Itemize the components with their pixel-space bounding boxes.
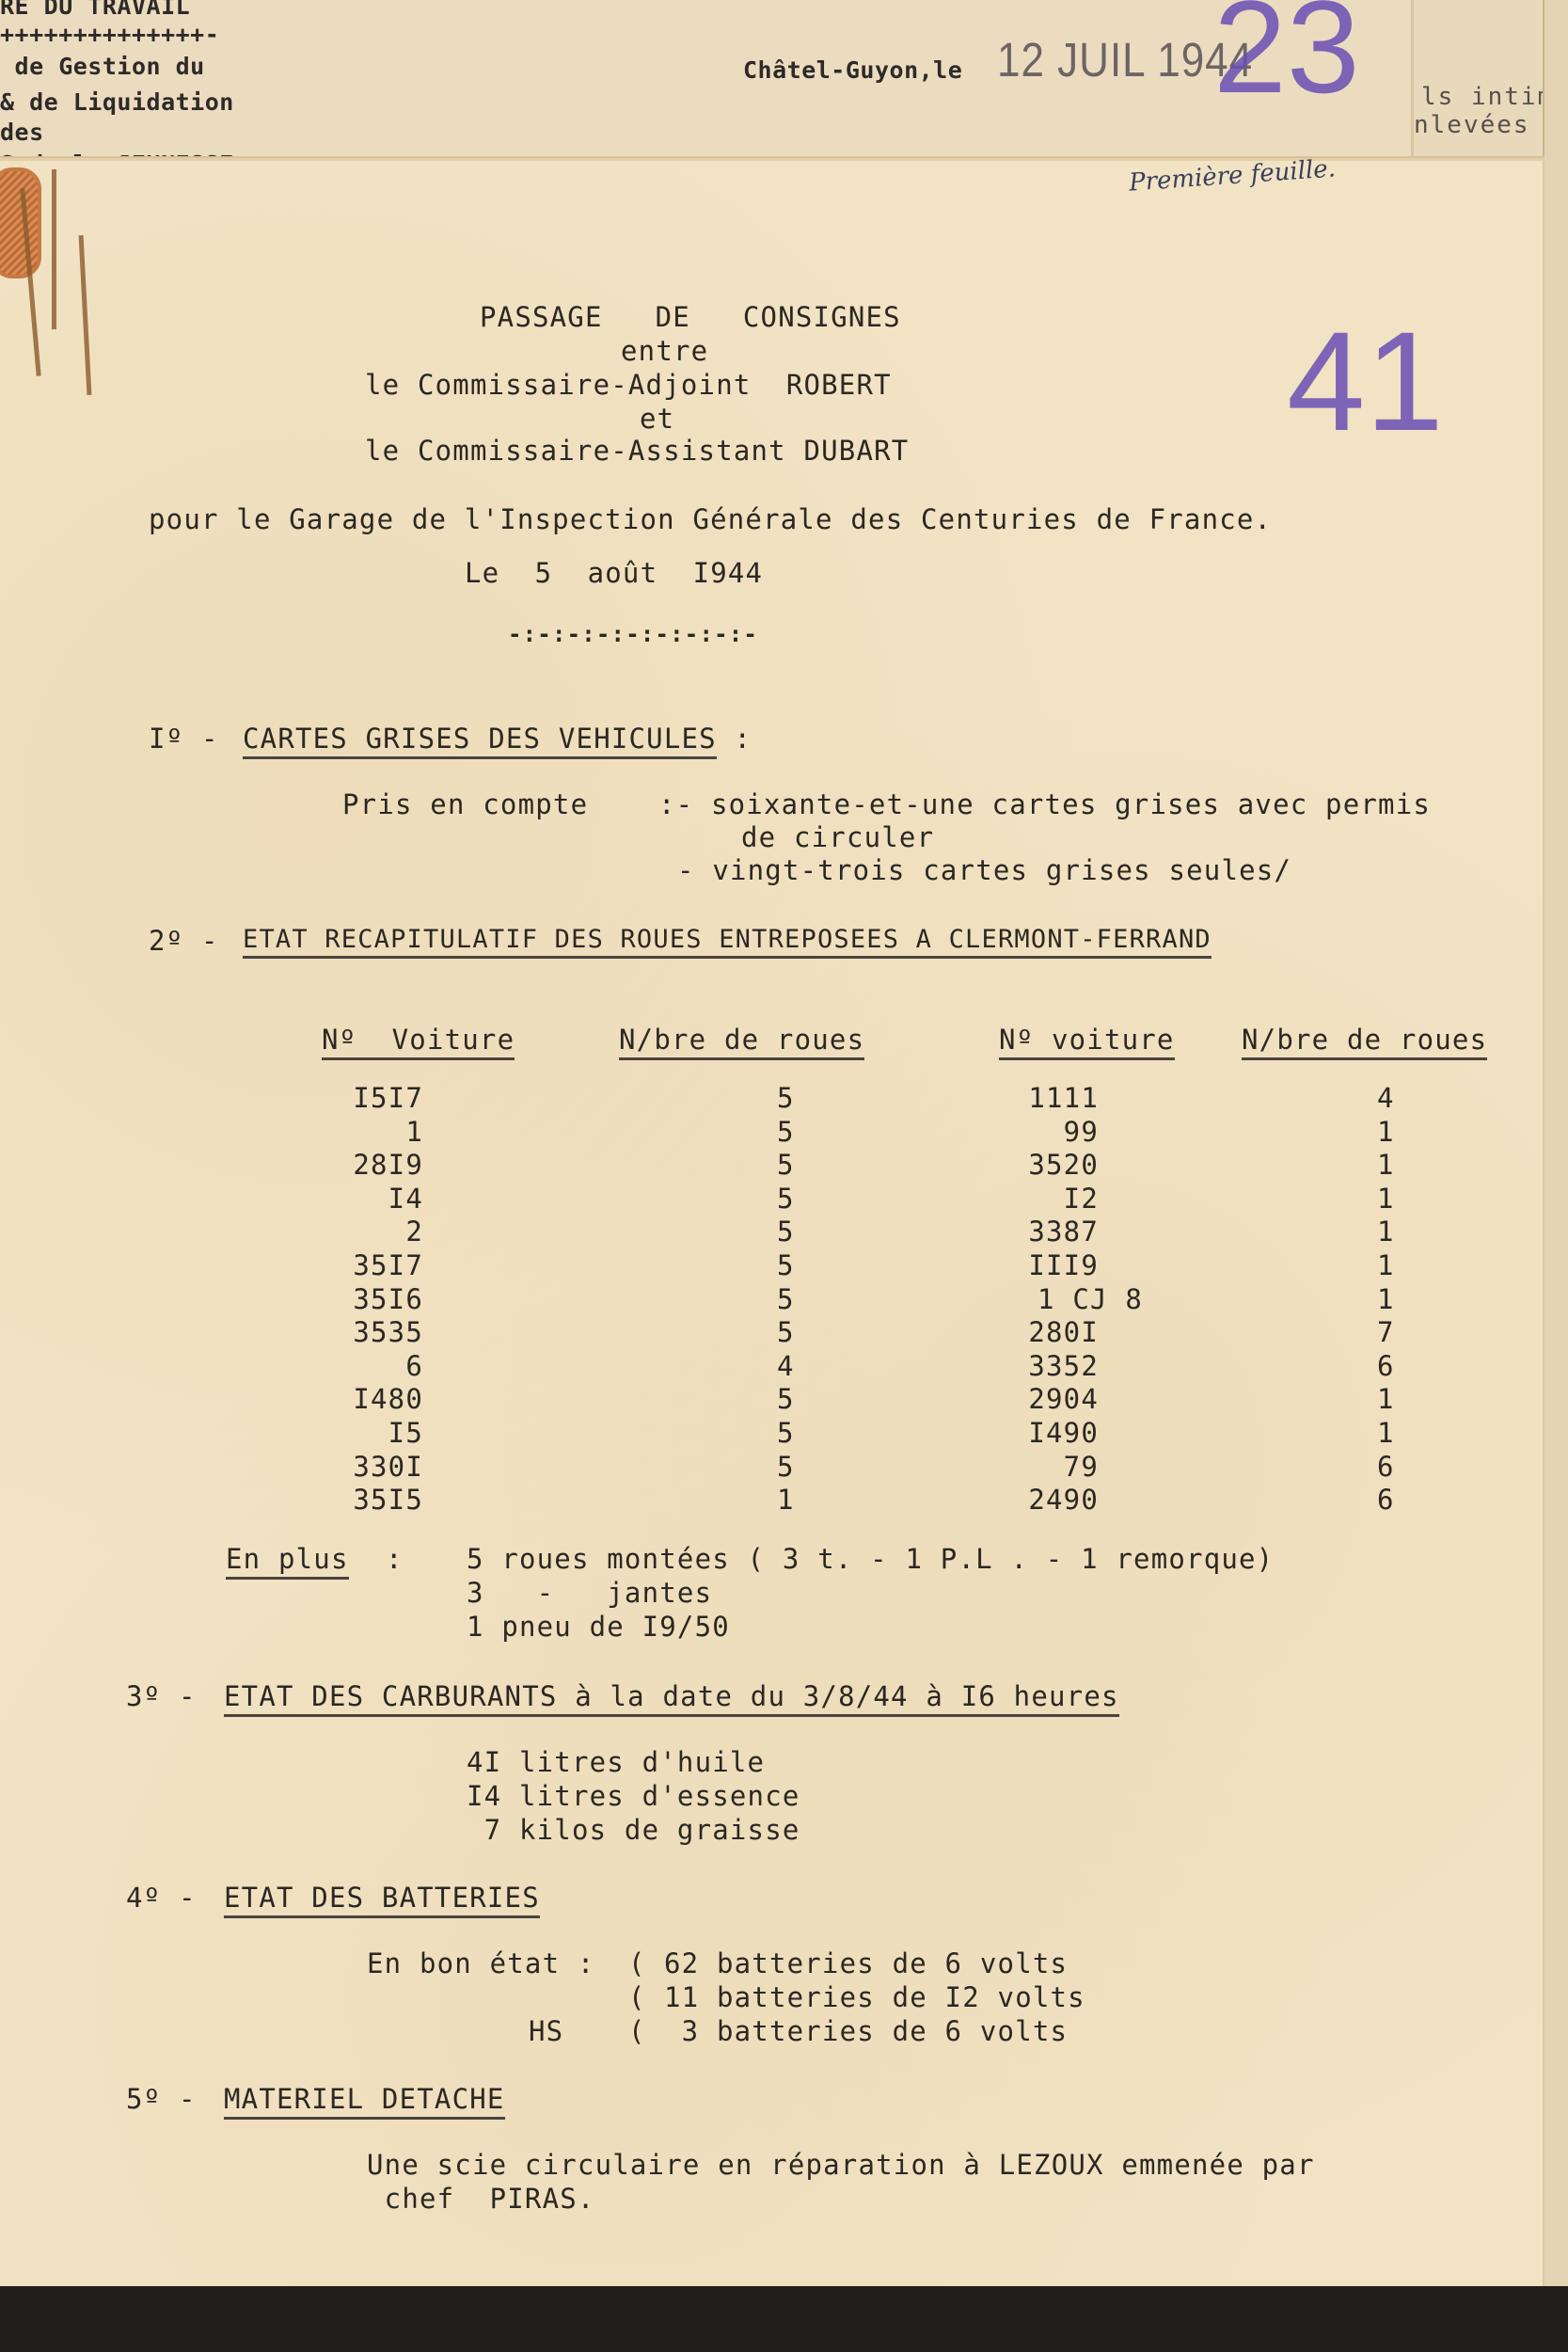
battery-line: 62 batteries de 6 volts bbox=[664, 1947, 1068, 1979]
section-4-heading-text: ETAT DES BATTERIES bbox=[224, 1882, 540, 1918]
voiture-number: 3520 bbox=[911, 1149, 1099, 1181]
section-2-heading-text: ETAT RECAPITULATIF DES ROUES ENTREPOSEES… bbox=[243, 925, 1212, 959]
wheel-count: 5 bbox=[777, 1383, 795, 1415]
section-3-number: 3º - bbox=[126, 1680, 197, 1712]
section-1-item: :- soixante-et-une cartes grises avec pe… bbox=[658, 788, 1431, 820]
wheel-count: 5 bbox=[777, 1116, 795, 1148]
extras-label: En plus bbox=[226, 1543, 349, 1575]
battery-bracket: ( bbox=[628, 2015, 646, 2047]
voiture-number: 99 bbox=[911, 1116, 1099, 1148]
battery-label-hs: HS bbox=[529, 2015, 563, 2047]
extras-label-text: En plus bbox=[226, 1543, 349, 1580]
extras-item: 5 roues montées ( 3 t. - 1 P.L . - 1 rem… bbox=[467, 1543, 1274, 1575]
wheel-count: 5 bbox=[777, 1316, 795, 1348]
voiture-number: 35I7 bbox=[235, 1249, 423, 1281]
material-item: chef PIRAS. bbox=[367, 2183, 595, 2215]
place-date-label: Châtel-Guyon,le bbox=[743, 56, 962, 84]
title-entre: entre bbox=[621, 335, 708, 367]
wheel-count: 1 bbox=[1377, 1183, 1395, 1215]
wheel-count: 1 bbox=[1377, 1283, 1395, 1315]
back-letter-header-line: RE DU TRAVAIL bbox=[0, 0, 190, 20]
voiture-number: I4 bbox=[235, 1183, 423, 1215]
section-3-heading-text: ETAT DES CARBURANTS à la date du 3/8/44 … bbox=[224, 1680, 1119, 1717]
wheel-count: 7 bbox=[1377, 1316, 1395, 1348]
voiture-number: 3387 bbox=[911, 1216, 1099, 1248]
battery-label: En bon état : bbox=[367, 1947, 595, 1979]
voiture-number: 3535 bbox=[235, 1316, 423, 1348]
folio-stamp-41: 41 bbox=[1287, 310, 1444, 452]
section-1-item: de circuler bbox=[741, 821, 934, 853]
section-5-heading: MATERIEL DETACHE bbox=[224, 2083, 505, 2115]
title-et: et bbox=[640, 403, 674, 435]
wheel-count: 1 bbox=[1377, 1216, 1395, 1248]
title-party-2: le Commissaire-Assistant DUBART bbox=[365, 435, 909, 467]
wheel-count: 4 bbox=[1377, 1082, 1395, 1114]
voiture-number: 1111 bbox=[911, 1082, 1099, 1114]
voiture-number: 1 bbox=[235, 1116, 423, 1148]
voiture-number: III9 bbox=[911, 1249, 1099, 1281]
voiture-number: I490 bbox=[911, 1417, 1099, 1449]
voiture-number: 28I9 bbox=[235, 1149, 423, 1181]
section-2-heading: ETAT RECAPITULATIF DES ROUES ENTREPOSEES… bbox=[243, 925, 1212, 954]
section-4-heading: ETAT DES BATTERIES bbox=[224, 1882, 540, 1914]
wheel-count: 5 bbox=[777, 1082, 795, 1114]
back-letter-header-line: des bbox=[0, 119, 44, 146]
stacked-page-edge bbox=[1543, 0, 1568, 2296]
voiture-number: 35I5 bbox=[235, 1484, 423, 1516]
voiture-number: 79 bbox=[911, 1451, 1099, 1483]
table-header-voiture-right: Nº voiture bbox=[999, 1024, 1175, 1056]
table-header-text: Nº Voiture bbox=[322, 1024, 515, 1060]
rust-stain bbox=[52, 169, 56, 329]
back-letter-header-line: & de Liquidation bbox=[0, 88, 234, 116]
fuel-item: 4I litres d'huile bbox=[467, 1746, 765, 1778]
wheel-count: 5 bbox=[777, 1216, 795, 1248]
fuel-item: I4 litres d'essence bbox=[467, 1780, 800, 1812]
wheel-count: 1 bbox=[1377, 1249, 1395, 1281]
voiture-number: 2904 bbox=[911, 1383, 1099, 1415]
title-purpose: pour le Garage de l'Inspection Générale … bbox=[149, 503, 1272, 535]
document-date: Le 5 août I944 bbox=[465, 557, 763, 589]
voiture-number: I5 bbox=[235, 1417, 423, 1449]
back-letter-header-line: de Gestion du bbox=[0, 53, 205, 80]
section-4-number: 4º - bbox=[126, 1882, 197, 1914]
wheel-count: 1 bbox=[777, 1484, 795, 1516]
wheel-count: 5 bbox=[777, 1417, 795, 1449]
wheel-count: 5 bbox=[777, 1149, 795, 1181]
battery-line: 11 batteries de I2 volts bbox=[664, 1981, 1085, 2013]
section-2-number: 2º - bbox=[149, 925, 219, 957]
bleed-text-line: ls intim bbox=[1421, 83, 1554, 111]
wheel-count: 4 bbox=[777, 1350, 795, 1382]
voiture-number: I2 bbox=[911, 1183, 1099, 1215]
voiture-number: 280I bbox=[911, 1316, 1099, 1348]
back-letter-separator: ++++++++++++++- bbox=[0, 21, 219, 48]
dark-background bbox=[0, 2286, 1568, 2352]
wheel-count: 6 bbox=[1377, 1484, 1395, 1516]
voiture-number: I480 bbox=[235, 1383, 423, 1415]
voiture-number: 2 bbox=[235, 1216, 423, 1248]
section-1-heading: CARTES GRISES DES VEHICULES : bbox=[243, 723, 752, 755]
wheel-count: 1 bbox=[1377, 1149, 1395, 1181]
battery-line: 3 batteries de 6 volts bbox=[664, 2015, 1068, 2047]
section-5-heading-text: MATERIEL DETACHE bbox=[224, 2083, 505, 2120]
material-item: Une scie circulaire en réparation à LEZO… bbox=[367, 2149, 1315, 2181]
section-1-item: - vingt-trois cartes grises seules/ bbox=[677, 854, 1291, 886]
section-3-heading: ETAT DES CARBURANTS à la date du 3/8/44 … bbox=[224, 1680, 1119, 1712]
voiture-number: 35I6 bbox=[235, 1283, 423, 1315]
extras-item: 1 pneu de I9/50 bbox=[467, 1611, 730, 1643]
wheel-count: 6 bbox=[1377, 1350, 1395, 1382]
table-header-roues-left: N/bre de roues bbox=[619, 1024, 864, 1056]
table-header-voiture-left: Nº Voiture bbox=[322, 1024, 515, 1056]
wheel-count: 5 bbox=[777, 1451, 795, 1483]
extras-item: 3 - jantes bbox=[467, 1577, 712, 1609]
voiture-number: 1 CJ 8 bbox=[955, 1283, 1143, 1315]
paperclip-icon bbox=[0, 167, 41, 278]
bleed-text-line: nlevées bbox=[1414, 111, 1530, 139]
section-1-number: Iº - bbox=[149, 723, 219, 755]
section-5-number: 5º - bbox=[126, 2083, 197, 2115]
folio-stamp-23: 23 bbox=[1213, 0, 1360, 113]
document-title: PASSAGE DE CONSIGNES bbox=[480, 301, 901, 333]
wheel-count: 6 bbox=[1377, 1451, 1395, 1483]
voiture-number: 2490 bbox=[911, 1484, 1099, 1516]
battery-bracket: ( bbox=[628, 1981, 646, 2013]
section-1-heading-text: CARTES GRISES DES VEHICULES bbox=[243, 723, 717, 759]
section-1-heading-suffix: : bbox=[717, 723, 752, 755]
wheel-count: 5 bbox=[777, 1249, 795, 1281]
title-separator: -:-:-:-:-:-:-:-:- bbox=[508, 621, 758, 647]
wheel-count: 5 bbox=[777, 1283, 795, 1315]
table-header-text: N/bre de roues bbox=[1242, 1024, 1487, 1060]
voiture-number: 330I bbox=[235, 1451, 423, 1483]
voiture-number: 6 bbox=[235, 1350, 423, 1382]
wheel-count: 1 bbox=[1377, 1417, 1395, 1449]
table-header-roues-right: N/bre de roues bbox=[1242, 1024, 1487, 1056]
extras-colon: : bbox=[386, 1543, 404, 1575]
fuel-item: 7 kilos de graisse bbox=[467, 1814, 800, 1846]
voiture-number: 3352 bbox=[911, 1350, 1099, 1382]
battery-bracket: ( bbox=[628, 1947, 646, 1979]
table-header-text: Nº voiture bbox=[999, 1024, 1175, 1060]
table-header-text: N/bre de roues bbox=[619, 1024, 864, 1060]
wheel-count: 1 bbox=[1377, 1116, 1395, 1148]
wheel-count: 5 bbox=[777, 1183, 795, 1215]
wheel-count: 1 bbox=[1377, 1383, 1395, 1415]
title-party-1: le Commissaire-Adjoint ROBERT bbox=[365, 369, 892, 401]
section-1-label: Pris en compte bbox=[342, 788, 588, 820]
voiture-number: I5I7 bbox=[235, 1082, 423, 1114]
